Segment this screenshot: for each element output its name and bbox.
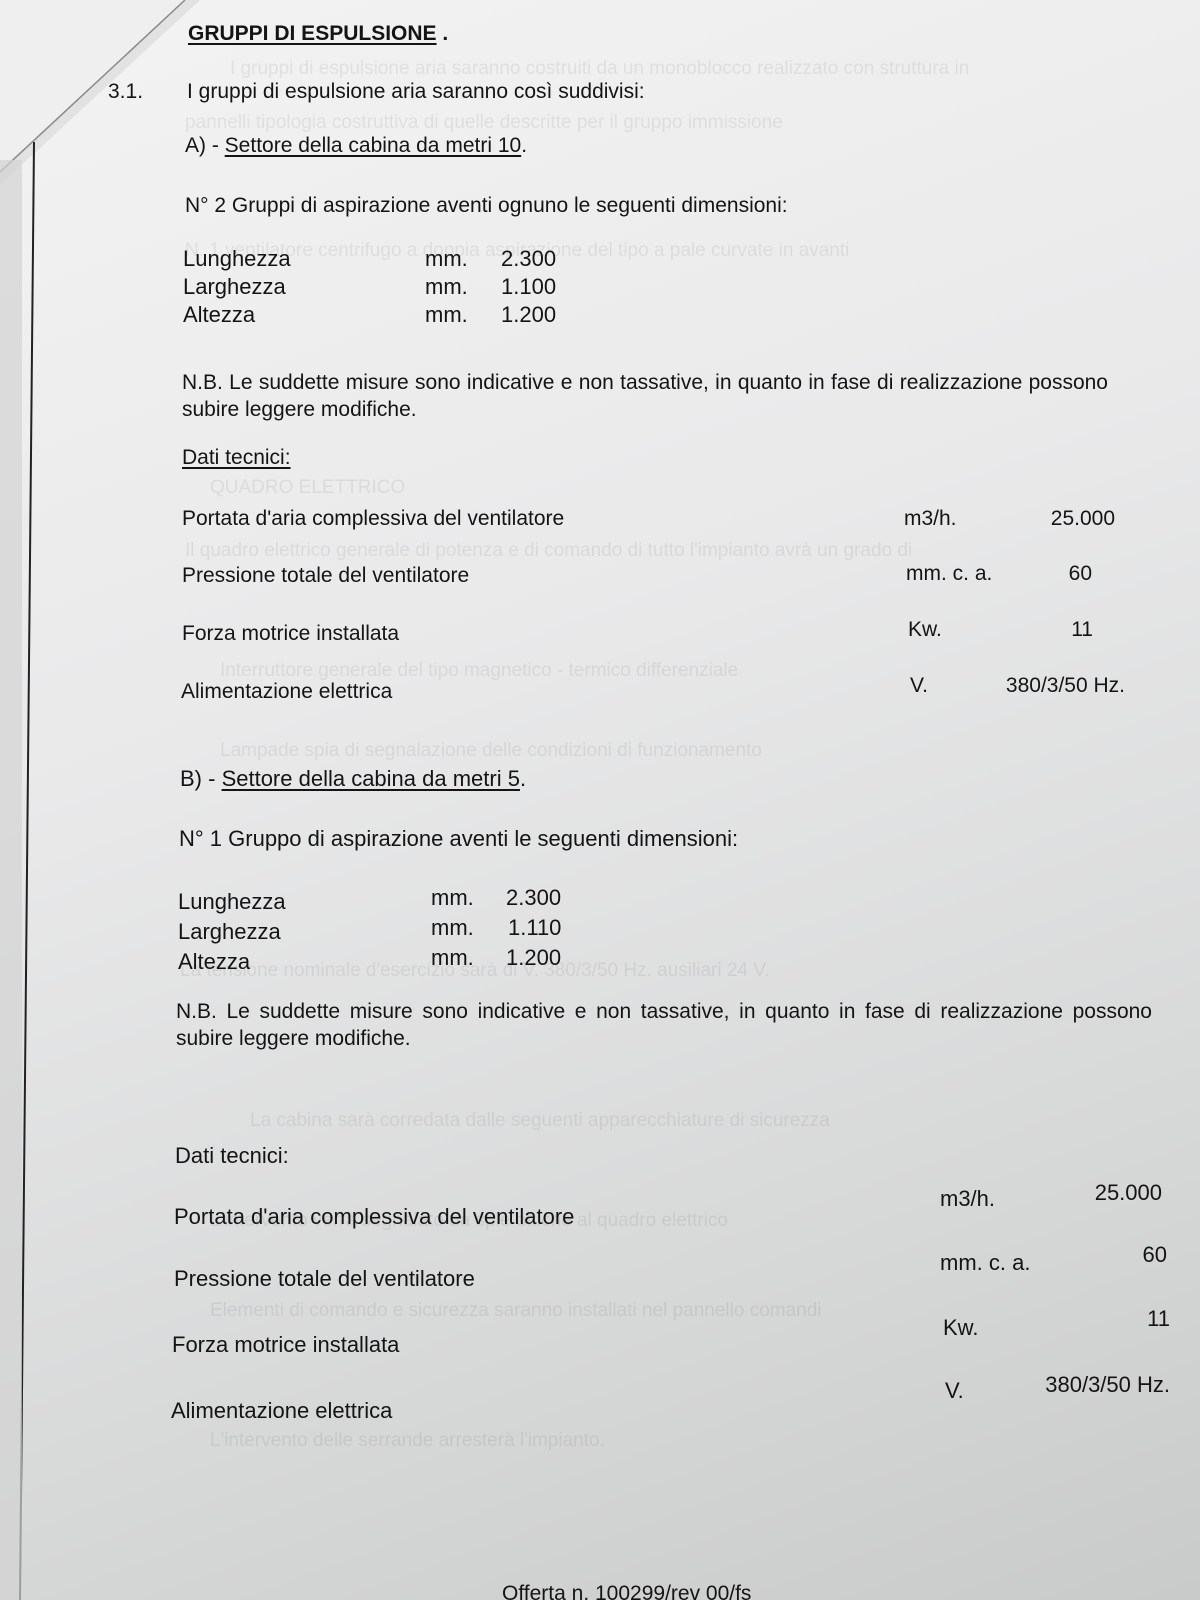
tech-label: Forza motrice installata (172, 1332, 399, 1358)
show-through-text: La cabina sarà corredata dalle seguenti … (250, 1110, 830, 1132)
tech-value: 60 (980, 562, 1092, 586)
dimension-row: Altezzamm.1.200 (178, 948, 598, 978)
dimension-unit: mm. (425, 301, 468, 329)
dimension-row: Larghezzamm.1.100 (183, 273, 583, 301)
tech-unit: V. (910, 674, 928, 698)
sector-b-prefix: B) - (180, 766, 222, 791)
sector-b-note: N.B. Le suddette misure sono indicative … (176, 998, 1152, 1052)
sector-b-tech-heading: Dati tecnici: (175, 1143, 289, 1169)
show-through-text: I gruppi di espulsione aria saranno cost… (230, 58, 969, 80)
tech-label: Portata d'aria complessiva del ventilato… (174, 1204, 574, 1230)
dimension-unit: mm. (425, 245, 468, 273)
tech-unit: Kw. (908, 618, 942, 642)
tech-label: Alimentazione elettrica (181, 680, 392, 704)
sector-a-heading: A) - Settore della cabina da metri 10. (185, 134, 527, 158)
show-through-text: Elementi di comando e sicurezza saranno … (210, 1300, 822, 1322)
sector-a-groups: N° 2 Gruppi di aspirazione aventi ognuno… (185, 194, 788, 218)
tech-label: Forza motrice installata (182, 622, 399, 646)
dimension-value: 2.300 (501, 245, 556, 273)
tech-label: Alimentazione elettrica (171, 1398, 392, 1424)
dimension-unit: mm. (431, 944, 474, 972)
show-through-text: pannelli tipologia costruttiva di quelle… (185, 112, 783, 134)
tech-label: Portata d'aria complessiva del ventilato… (182, 507, 564, 531)
tech-label: Pressione totale del ventilatore (182, 564, 469, 588)
show-through-text: L'intervento delle serrande arresterà l'… (210, 1430, 605, 1452)
tech-unit: m3/h. (904, 507, 957, 531)
sector-b-title: Settore della cabina da metri 5 (222, 766, 520, 791)
section-number: 3.1. (108, 80, 143, 104)
sector-a-title: Settore della cabina da metri 10 (225, 134, 522, 157)
dimension-value: 1.200 (506, 944, 561, 972)
section-title-suffix: . (442, 22, 448, 45)
dimension-label: Larghezza (183, 273, 286, 301)
dimension-value: 2.300 (506, 884, 561, 912)
dimension-unit: mm. (431, 884, 474, 912)
dimension-row: Altezzamm.1.200 (183, 301, 583, 329)
dimension-label: Lunghezza (183, 245, 291, 273)
dimension-value: 1.200 (501, 301, 556, 329)
sector-a-dimensions: Lunghezzamm.2.300 Larghezzamm.1.100 Alte… (183, 245, 583, 329)
tech-value: 11 (980, 618, 1093, 642)
dimension-unit: mm. (431, 914, 474, 942)
dimension-label: Lunghezza (178, 888, 286, 916)
page-fold (0, 0, 1200, 1600)
dimension-row: Lunghezzamm.2.300 (183, 245, 583, 273)
tech-unit: Kw. (943, 1315, 978, 1341)
tech-value: 25.000 (1000, 1180, 1162, 1206)
dimension-label: Altezza (178, 948, 250, 976)
sector-a-prefix: A) - (185, 134, 225, 157)
show-through-text: Il quadro elettrico generale di potenza … (185, 540, 912, 562)
tech-label: Pressione totale del ventilatore (174, 1266, 475, 1292)
tech-value: 380/3/50 Hz. (960, 674, 1125, 698)
show-through-text: Interruttore generale del tipo magnetico… (220, 660, 738, 682)
sector-b-suffix: . (520, 766, 526, 791)
tech-value: 380/3/50 Hz. (990, 1372, 1170, 1398)
show-through-text: Lampade spia di segnalazione delle condi… (220, 740, 762, 762)
intro-text: I gruppi di espulsione aria saranno così… (187, 80, 645, 104)
section-title: GRUPPI DI ESPULSIONE . (188, 22, 448, 46)
tech-unit: m3/h. (940, 1186, 995, 1212)
section-title-text: GRUPPI DI ESPULSIONE (188, 22, 437, 45)
sector-b-dimensions: Lunghezzamm.2.300 Larghezzamm.1.110 Alte… (178, 888, 598, 978)
tech-unit: V. (945, 1378, 964, 1404)
sector-a-tech-heading: Dati tecnici: (182, 446, 291, 470)
footer-offer-number: Offerta n. 100299/rev 00/fs (502, 1582, 751, 1600)
sector-b-heading: B) - Settore della cabina da metri 5. (180, 766, 526, 792)
sector-a-suffix: . (521, 134, 527, 157)
sector-b-groups: N° 1 Gruppo di aspirazione aventi le seg… (179, 826, 738, 852)
tech-value: 60 (1000, 1242, 1167, 1268)
show-through-text: QUADRO ELETTRICO (210, 477, 405, 499)
dimension-value: 1.100 (501, 273, 556, 301)
dimension-label: Altezza (183, 301, 255, 329)
tech-value: 11 (1000, 1306, 1170, 1332)
dimension-value: 1.110 (508, 914, 561, 942)
tech-value: 25.000 (980, 507, 1115, 531)
dimension-label: Larghezza (178, 918, 281, 946)
dimension-unit: mm. (425, 273, 468, 301)
sector-a-note: N.B. Le suddette misure sono indicative … (182, 369, 1108, 423)
